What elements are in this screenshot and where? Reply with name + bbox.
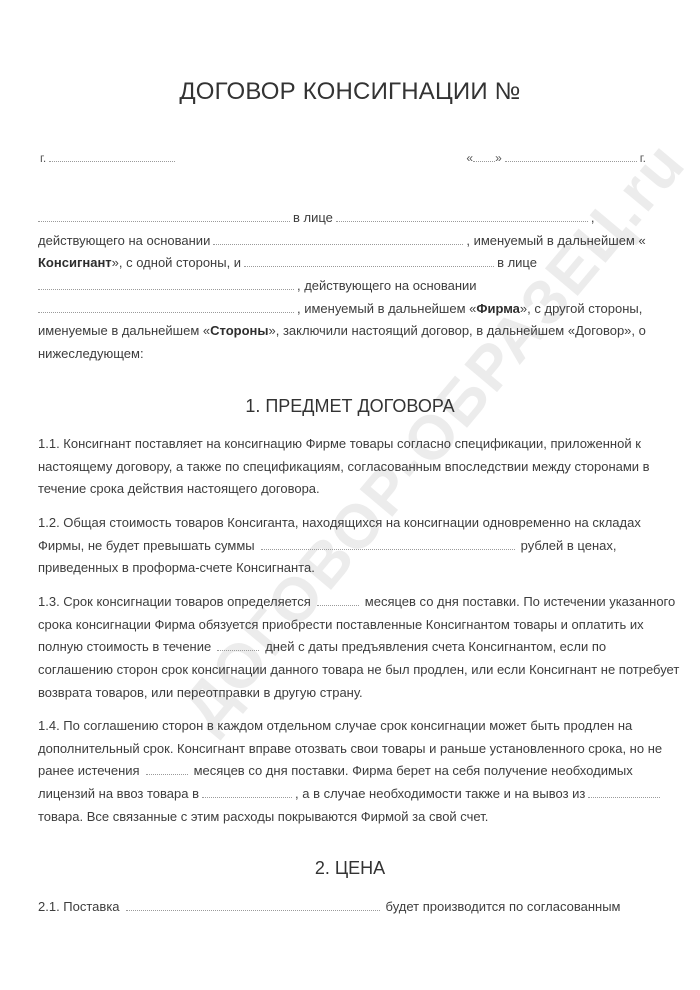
goods-blank[interactable] [126,900,380,911]
preamble-line: , действующего на основании [38,275,662,298]
text: будет производится по согласованным [386,899,621,914]
clause-line: 1.2. Общая стоимость товаров Консиганта,… [38,512,662,535]
clause-1-1: 1.1. Консигнант поставляет на консигнаци… [38,433,662,501]
firm-term: Фирма [476,301,520,316]
recall-months-blank[interactable] [146,764,188,775]
clause-line: срока консигнации Фирма обязуется приобр… [38,614,662,637]
preamble-line: действующего на основании, именуемый в д… [38,230,662,253]
party2-basis-blank[interactable] [38,302,294,313]
year-label: г. [640,151,646,165]
clause-line: товара. Все связанные с этим расходы пок… [38,806,662,829]
clause-line: 2.1. Поставкабудет производится по согла… [38,896,662,919]
max-sum-blank[interactable] [261,539,515,550]
text: 1.3. Срок консигнации товаров определяет… [38,594,311,609]
text: , действующего на основании [297,278,477,293]
party1-rep-blank[interactable] [336,211,588,222]
city-label: г. [40,151,46,165]
text: 2.1. Поставка [38,899,120,914]
text: лицензий на ввоз товара в [38,786,199,801]
quote-open: « [466,151,473,165]
city-blank[interactable] [49,151,175,162]
month-year-blank[interactable] [505,151,637,162]
import-country-blank[interactable] [202,787,292,798]
preamble-line: , именуемый в дальнейшем «Фирма», с друг… [38,298,662,321]
section-1-heading: 1. ПРЕДМЕТ ДОГОВОРА [38,396,662,417]
clause-line: полную стоимость в течениедней с даты пр… [38,636,662,659]
clause-line: настоящему договору, а также по специфик… [38,456,662,479]
text: месяцев со дня поставки. Фирма берет на … [194,763,633,778]
date-field: «»г. [466,151,646,165]
text: действующего на основании [38,233,210,248]
clause-line: лицензий на ввоз товара в, а в случае не… [38,783,662,806]
clause-line: возврата товаров, или переотправки в дру… [38,682,662,705]
text: , именуемый в дальнейшем « [297,301,476,316]
quote-close: » [495,151,502,165]
text: , именуемый в дальнейшем « [466,233,645,248]
text: в лице [293,210,333,225]
party1-name-blank[interactable] [38,211,290,222]
text: ранее истечения [38,763,140,778]
text: Фирмы, не будет превышать суммы [38,538,255,553]
clause-line: приведенных в проформа-счете Консигнанта… [38,557,662,580]
parties-term: Стороны [210,323,268,338]
text: », с другой стороны, [520,301,642,316]
clause-2-1: 2.1. Поставкабудет производится по согла… [38,896,662,919]
text: полную стоимость в течение [38,639,211,654]
clause-1-4: 1.4. По соглашению сторон в каждом отдел… [38,715,662,828]
clause-line: ранее истечениямесяцев со дня поставки. … [38,760,662,783]
party2-name-blank[interactable] [244,256,494,267]
text: , а в случае необходимости также и на вы… [295,786,585,801]
document-title: ДОГОВОР КОНСИГНАЦИИ № [38,78,662,106]
text: рублей в ценах, [521,538,617,553]
export-country-blank[interactable] [588,787,660,798]
day-blank[interactable] [473,151,495,162]
party2-rep-blank[interactable] [38,279,294,290]
preamble-line: нижеследующем: [38,343,662,366]
text: », заключили настоящий договор, в дальне… [269,323,646,338]
text: », с одной стороны, и [112,255,241,270]
clause-1-2: 1.2. Общая стоимость товаров Консиганта,… [38,512,662,580]
consignment-months-blank[interactable] [317,595,359,606]
text: в лице [497,255,537,270]
clause-line: 1.1. Консигнант поставляет на консигнаци… [38,433,662,456]
text: именуемые в дальнейшем « [38,323,210,338]
clause-1-3: 1.3. Срок консигнации товаров определяет… [38,591,662,704]
city-field: г. [40,151,178,165]
party1-basis-blank[interactable] [213,234,463,245]
preamble: в лице, действующего на основании, имену… [38,207,662,366]
preamble-line: именуемые в дальнейшем «Стороны», заключ… [38,320,662,343]
clause-line: 1.4. По соглашению сторон в каждом отдел… [38,715,662,738]
clause-line: дополнительный срок. Консигнант вправе о… [38,738,662,761]
text: , [591,210,595,225]
clause-line: Фирмы, не будет превышать суммырублей в … [38,535,662,558]
preamble-line: в лице, [38,207,662,230]
text: дней с даты предъявления счета Консигнан… [265,639,606,654]
clause-line: 1.3. Срок консигнации товаров определяет… [38,591,662,614]
consignor-term: Консигнант [38,255,112,270]
text: месяцев со дня поставки. По истечении ук… [365,594,675,609]
section-2-heading: 2. ЦЕНА [38,858,662,879]
payment-days-blank[interactable] [217,640,259,651]
clause-line: течение срока действия настоящего догово… [38,478,662,501]
clause-line: соглашению сторон срок консигнации данно… [38,659,662,682]
preamble-line: Консигнант», с одной стороны, ив лице [38,252,662,275]
